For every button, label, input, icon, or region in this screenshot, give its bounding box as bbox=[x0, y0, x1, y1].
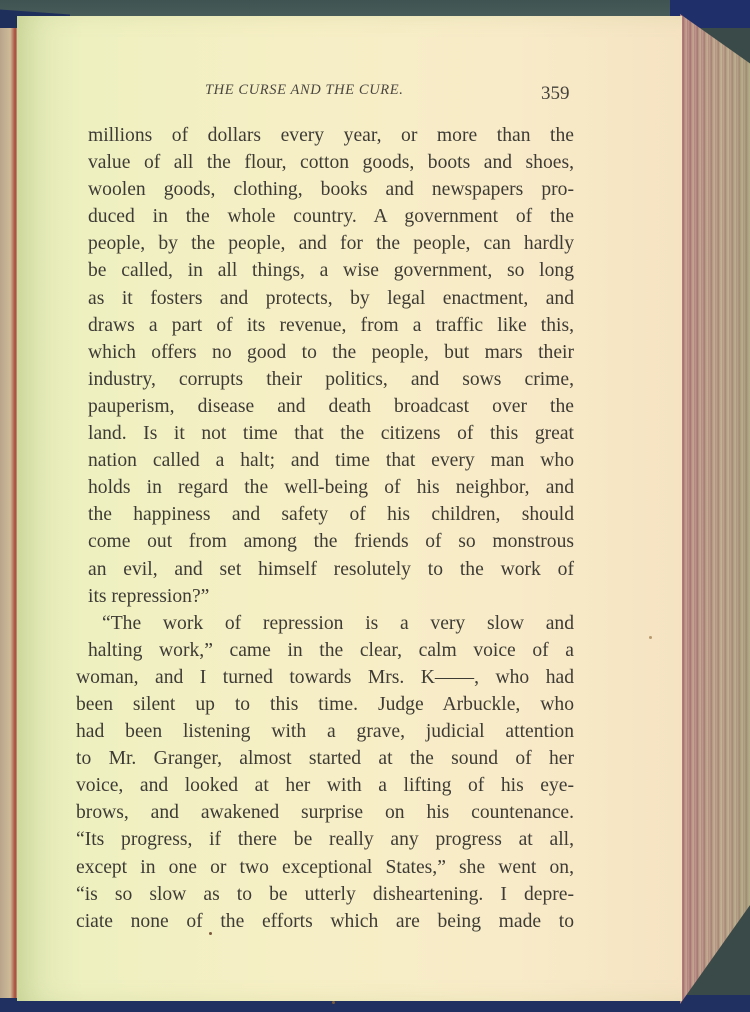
text-line: woolen goods, clothing, books and newspa… bbox=[88, 176, 574, 203]
body-text: millions of dollars every year, or more … bbox=[88, 122, 574, 935]
text-line: draws a part of its revenue, from a traf… bbox=[88, 312, 574, 339]
running-head: THE CURSE AND THE CURE. bbox=[205, 82, 403, 99]
text-line: come out from among the friends of so mo… bbox=[88, 528, 574, 555]
text-line: its repression?” bbox=[88, 583, 574, 610]
text-line: people, by the people, and for the peopl… bbox=[88, 230, 574, 257]
text-line: which offers no good to the people, but … bbox=[88, 339, 574, 366]
text-line: brows, and awakened surprise on his coun… bbox=[76, 799, 574, 826]
text-line: duced in the whole country. A government… bbox=[88, 203, 574, 230]
text-line: as it fosters and protects, by legal ena… bbox=[88, 285, 574, 312]
paper-speck bbox=[332, 1001, 335, 1004]
text-line: ciate none of the efforts which are bein… bbox=[76, 908, 574, 935]
text-line: millions of dollars every year, or more … bbox=[88, 122, 574, 149]
text-line: value of all the flour, cotton goods, bo… bbox=[88, 149, 574, 176]
text-line: been silent up to this time. Judge Arbuc… bbox=[76, 691, 574, 718]
text-line: to Mr. Granger, almost started at the so… bbox=[76, 745, 574, 772]
text-line: halting work,” came in the clear, calm v… bbox=[88, 637, 574, 664]
text-line: “is so slow as to be utterly dishearteni… bbox=[76, 881, 574, 908]
text-line: an evil, and set himself resolutely to t… bbox=[88, 556, 574, 583]
paper-speck bbox=[649, 636, 652, 639]
text-line: woman, and I turned towards Mrs. K——, wh… bbox=[76, 664, 574, 691]
text-line: “Its progress, if there be really any pr… bbox=[76, 826, 574, 853]
page-block-edges bbox=[680, 14, 750, 1004]
text-line: the happiness and safety of his children… bbox=[88, 501, 574, 528]
text-line: holds in regard the well-being of his ne… bbox=[88, 474, 574, 501]
text-line: had been listening with a grave, judicia… bbox=[76, 718, 574, 745]
text-line: “The work of repression is a very slow a… bbox=[88, 610, 574, 637]
text-line: pauperism, disease and death broadcast o… bbox=[88, 393, 574, 420]
facing-page-edge bbox=[0, 28, 17, 998]
text-line: industry, corrupts their politics, and s… bbox=[88, 366, 574, 393]
text-line: nation called a halt; and time that ever… bbox=[88, 447, 574, 474]
text-line: voice, and looked at her with a lifting … bbox=[76, 772, 574, 799]
text-line: be called, in all things, a wise governm… bbox=[88, 257, 574, 284]
text-line: except in one or two exceptional States,… bbox=[76, 854, 574, 881]
page-number: 359 bbox=[541, 83, 570, 105]
text-line: land. Is it not time that the citizens o… bbox=[88, 420, 574, 447]
